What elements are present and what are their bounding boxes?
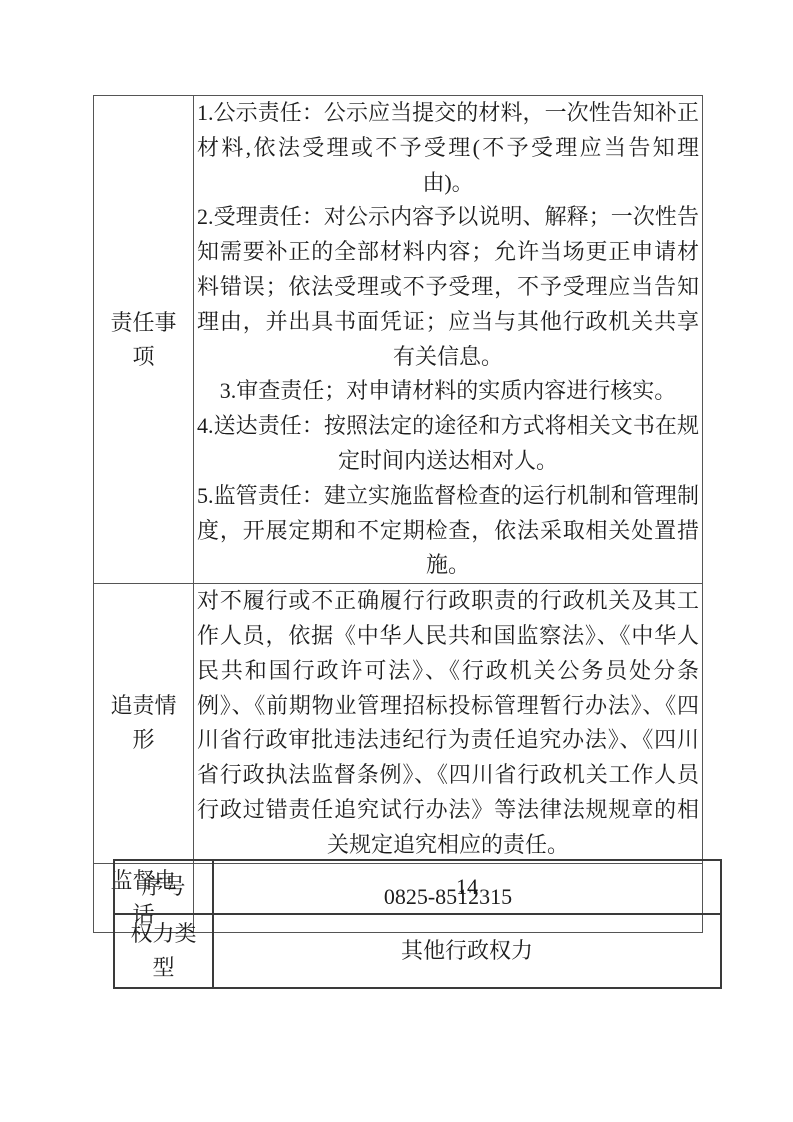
table-row-serial-number: 序号 14 — [114, 860, 721, 914]
power-type-label: 权力类型 — [114, 914, 213, 988]
paragraph-delivery-duty: 4.送达责任：按照法定的途径和方式将相关文书在规定时间内送达相对人。 — [197, 409, 699, 479]
table-row-power-type: 权力类型 其他行政权力 — [114, 914, 721, 988]
paragraph-review-duty: 3.审查责任；对申请材料的实质内容进行核实。 — [197, 374, 699, 409]
serial-number-label: 序号 — [114, 860, 213, 914]
label-accountability-circumstances: 追责情形 — [94, 584, 194, 863]
paragraph-accountability: 对不履行或不正确履行行政职责的行政机关及其工作人员，依据《中华人民共和国监察法》… — [197, 584, 699, 862]
paragraph-publicity-duty: 1.公示责任：公示应当提交的材料，一次性告知补正材料,依法受理或不予受理(不予受… — [197, 96, 699, 200]
paragraph-acceptance-duty: 2.受理责任：对公示内容予以说明、解释；一次性告知需要补正的全部材料内容；允许当… — [197, 200, 699, 374]
document-page: 责任事项 1.公示责任：公示应当提交的材料，一次性告知补正材料,依法受理或不予受… — [0, 0, 793, 1122]
paragraph-supervision-duty: 5.监管责任：建立实施监督检查的运行机制和管理制度，开展定期和不定期检查，依法采… — [197, 479, 699, 583]
label-responsibility-items: 责任事项 — [94, 96, 194, 584]
responsibility-table: 责任事项 1.公示责任：公示应当提交的材料，一次性告知补正材料,依法受理或不予受… — [93, 95, 703, 933]
table-row-accountability-circumstances: 追责情形 对不履行或不正确履行行政职责的行政机关及其工作人员，依据《中华人民共和… — [94, 584, 703, 863]
responsibility-items-content: 1.公示责任：公示应当提交的材料，一次性告知补正材料,依法受理或不予受理(不予受… — [194, 96, 703, 584]
power-type-value: 其他行政权力 — [213, 914, 721, 988]
accountability-circumstances-content: 对不履行或不正确履行行政职责的行政机关及其工作人员，依据《中华人民共和国监察法》… — [194, 584, 703, 863]
serial-number-value: 14 — [213, 860, 721, 914]
table-row-responsibility-items: 责任事项 1.公示责任：公示应当提交的材料，一次性告知补正材料,依法受理或不予受… — [94, 96, 703, 584]
info-table: 序号 14 权力类型 其他行政权力 — [113, 859, 722, 989]
